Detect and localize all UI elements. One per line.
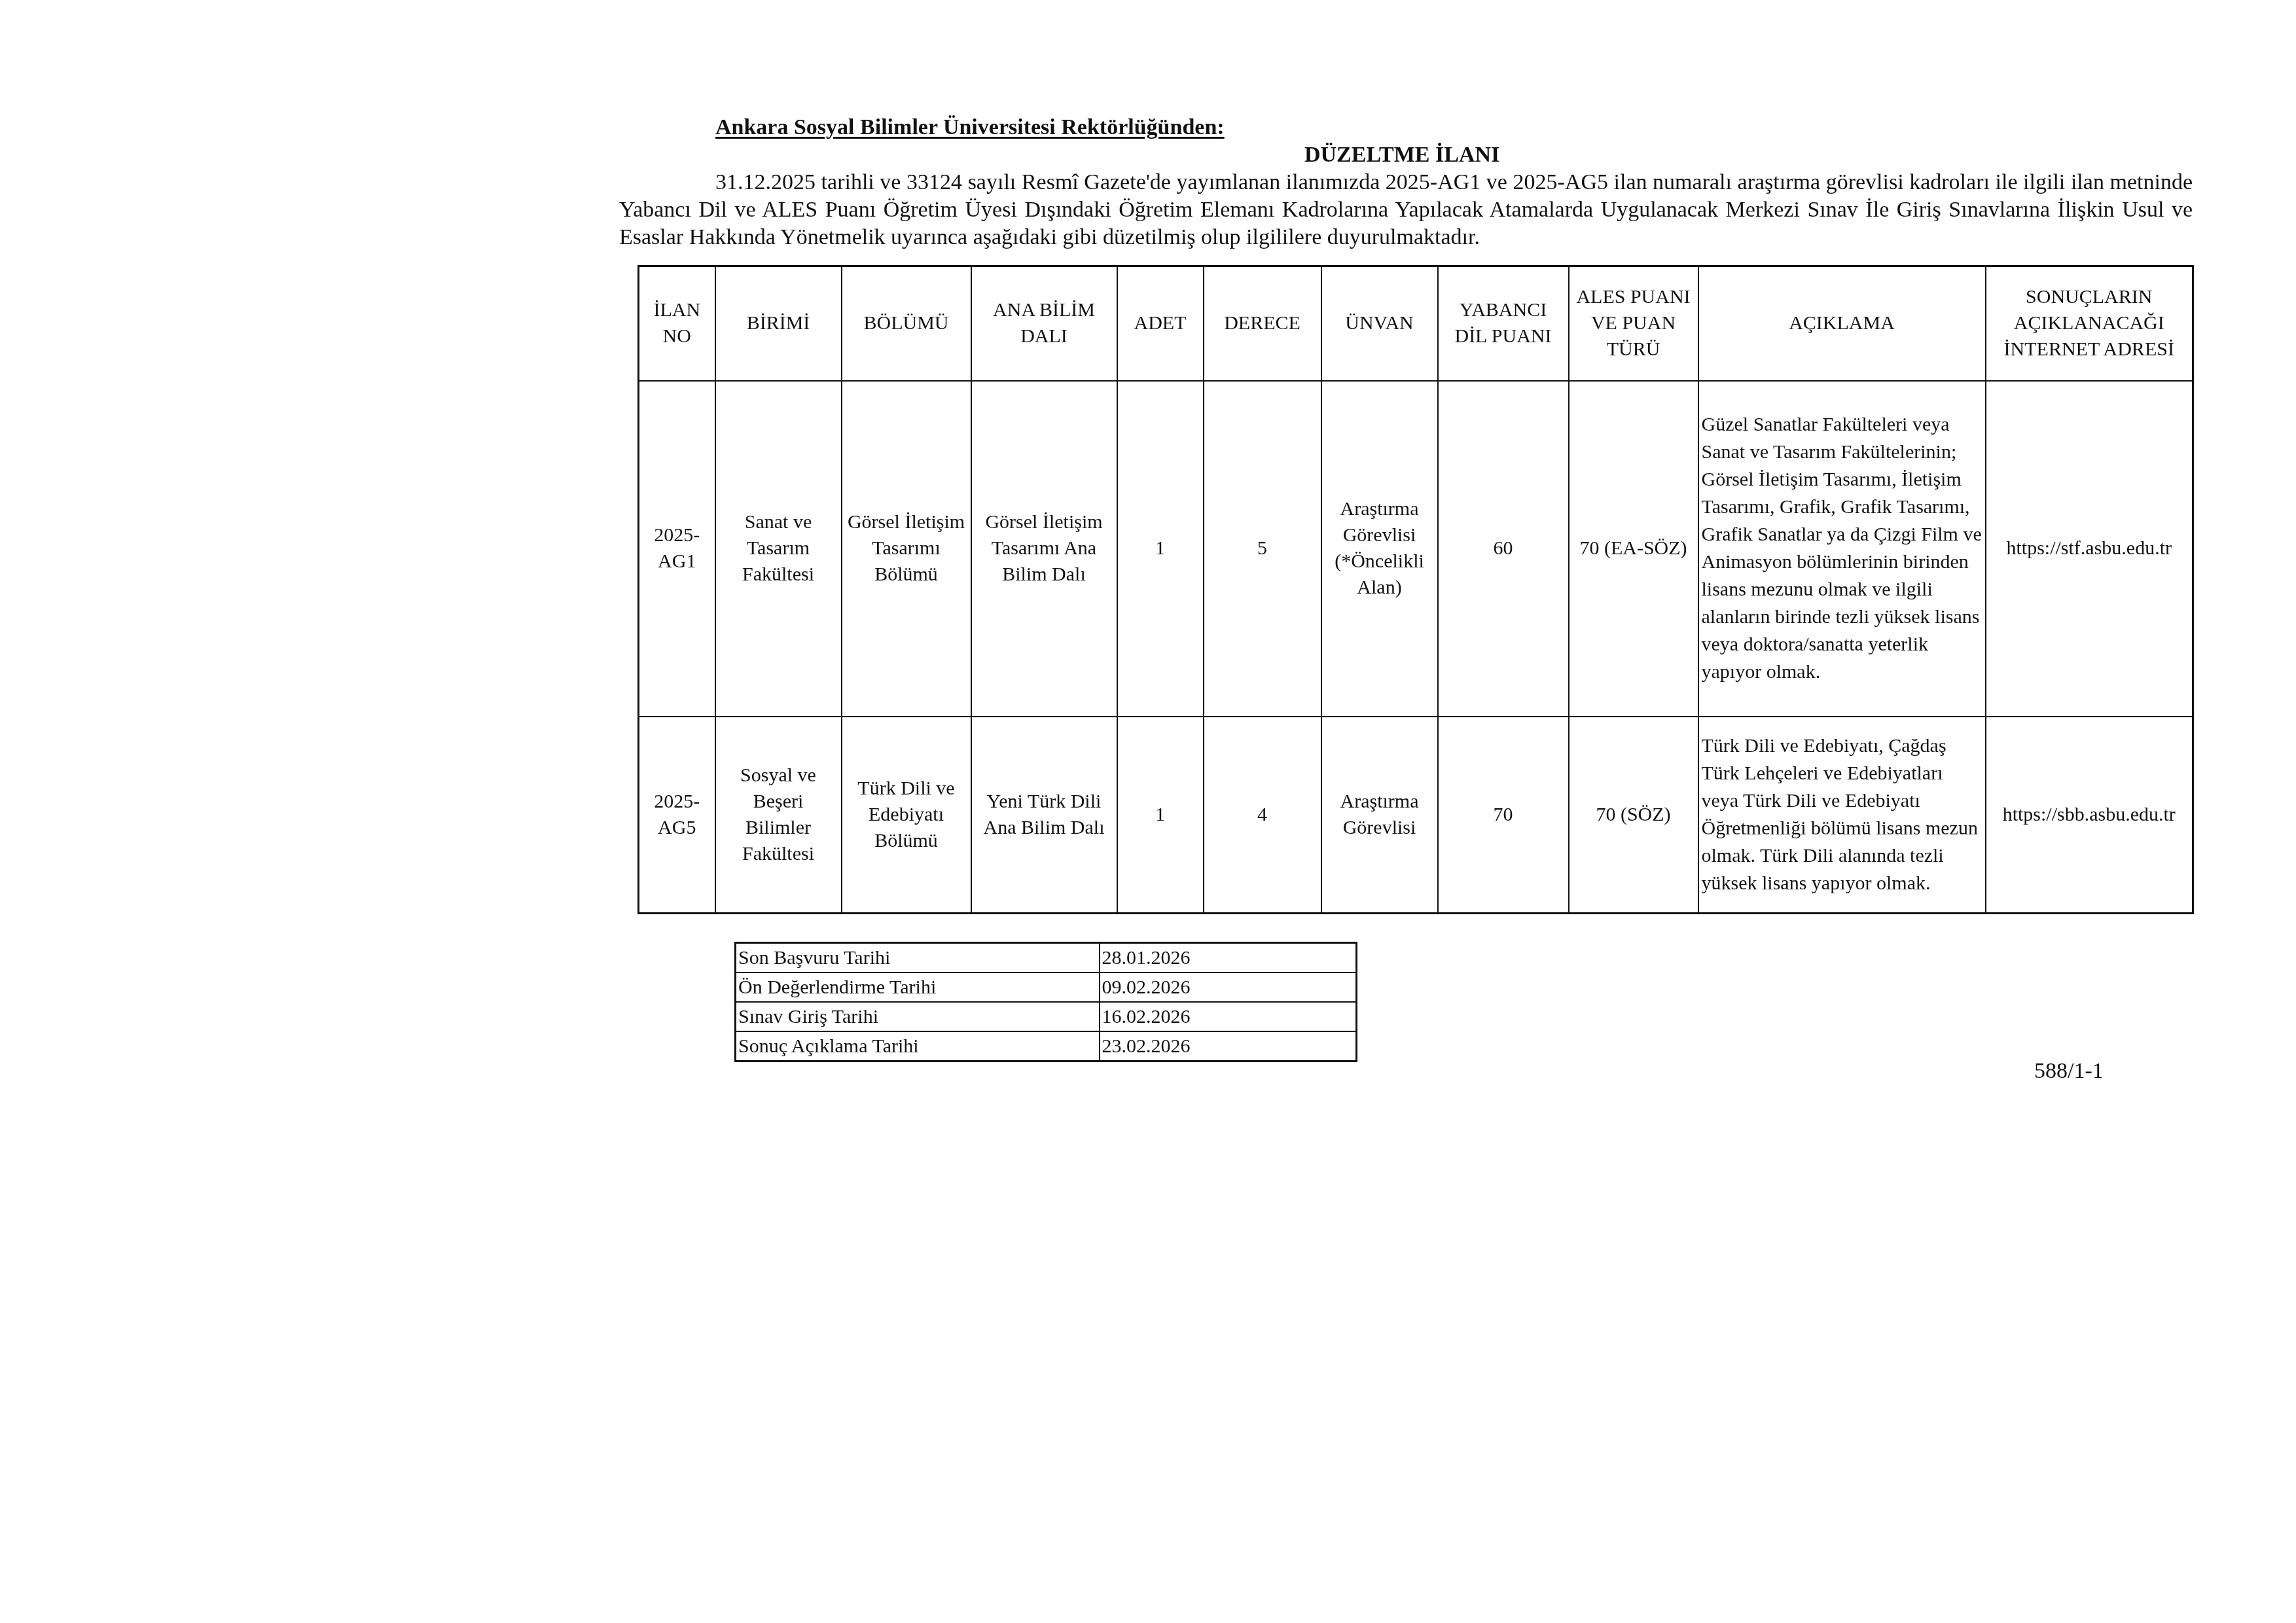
cell-aciklama: Türk Dili ve Edebiyatı, Çağdaş Türk Lehç…: [1698, 717, 1986, 914]
cell-yabanci-dil-puani: 70: [1438, 717, 1569, 914]
header-yabanci-dil-puani: YABANCI DİL PUANI: [1438, 266, 1569, 381]
date-label: Ön Değerlendirme Tarihi: [736, 972, 1100, 1002]
cell-ales-puani: 70 (EA-SÖZ): [1569, 381, 1698, 717]
date-value: 16.02.2026: [1100, 1002, 1357, 1031]
header-ilan-no: İLAN NO: [639, 266, 715, 381]
cell-derece: 4: [1204, 717, 1321, 914]
header-birimi: BİRİMİ: [715, 266, 842, 381]
header-ana-bilim-dali: ANA BİLİM DALI: [971, 266, 1117, 381]
header-aciklama: AÇIKLAMA: [1698, 266, 1986, 381]
intro-paragraph: 31.12.2025 tarihli ve 33124 sayılı Resmî…: [619, 169, 2193, 251]
cell-birimi: Sosyal ve Beşeri Bilimler Fakültesi: [715, 717, 842, 914]
cell-internet-adresi: https://stf.asbu.edu.tr: [1986, 381, 2193, 717]
cell-bolumu: Türk Dili ve Edebiyatı Bölümü: [842, 717, 971, 914]
date-label: Sonuç Açıklama Tarihi: [736, 1031, 1100, 1061]
cell-ana-bilim-dali: Yeni Türk Dili Ana Bilim Dalı: [971, 717, 1117, 914]
cell-birimi: Sanat ve Tasarım Fakültesi: [715, 381, 842, 717]
cell-ilan-no: 2025-AG1: [639, 381, 715, 717]
header-adet: ADET: [1117, 266, 1204, 381]
cell-adet: 1: [1117, 381, 1204, 717]
date-row: Sınav Giriş Tarihi 16.02.2026: [736, 1002, 1357, 1031]
table-row: 2025-AG1 Sanat ve Tasarım Fakültesi Görs…: [639, 381, 2193, 717]
table-row: 2025-AG5 Sosyal ve Beşeri Bilimler Fakül…: [639, 717, 2193, 914]
header-internet-adresi: SONUÇLARIN AÇIKLANACAĞI İNTERNET ADRESİ: [1986, 266, 2193, 381]
date-value: 09.02.2026: [1100, 972, 1357, 1002]
date-label: Sınav Giriş Tarihi: [736, 1002, 1100, 1031]
date-label: Son Başvuru Tarihi: [736, 943, 1100, 973]
date-row: Son Başvuru Tarihi 28.01.2026: [736, 943, 1357, 973]
header-ales-puani: ALES PUANI VE PUAN TÜRÜ: [1569, 266, 1698, 381]
cell-adet: 1: [1117, 717, 1204, 914]
notice-title: DÜZELTME İLANI: [1304, 143, 1499, 168]
positions-table: İLAN NO BİRİMİ BÖLÜMÜ ANA BİLİM DALI ADE…: [637, 265, 2194, 914]
cell-derece: 5: [1204, 381, 1321, 717]
dates-table: Son Başvuru Tarihi 28.01.2026 Ön Değerle…: [734, 942, 1357, 1062]
cell-unvan: Araştırma Görevlisi (*Öncelikli Alan): [1321, 381, 1438, 717]
document-heading: Ankara Sosyal Bilimler Üniversitesi Rekt…: [715, 115, 1225, 140]
cell-ana-bilim-dali: Görsel İletişim Tasarımı Ana Bilim Dalı: [971, 381, 1117, 717]
cell-ales-puani: 70 (SÖZ): [1569, 717, 1698, 914]
cell-bolumu: Görsel İletişim Tasarımı Bölümü: [842, 381, 971, 717]
date-value: 23.02.2026: [1100, 1031, 1357, 1061]
table-header-row: İLAN NO BİRİMİ BÖLÜMÜ ANA BİLİM DALI ADE…: [639, 266, 2193, 381]
cell-internet-adresi: https://sbb.asbu.edu.tr: [1986, 717, 2193, 914]
cell-ilan-no: 2025-AG5: [639, 717, 715, 914]
date-value: 28.01.2026: [1100, 943, 1357, 973]
header-unvan: ÜNVAN: [1321, 266, 1438, 381]
date-row: Sonuç Açıklama Tarihi 23.02.2026: [736, 1031, 1357, 1061]
date-row: Ön Değerlendirme Tarihi 09.02.2026: [736, 972, 1357, 1002]
cell-unvan: Araştırma Görevlisi: [1321, 717, 1438, 914]
cell-aciklama: Güzel Sanatlar Fakülteleri veya Sanat ve…: [1698, 381, 1986, 717]
header-derece: DERECE: [1204, 266, 1321, 381]
page-number: 588/1-1: [2034, 1059, 2104, 1084]
cell-yabanci-dil-puani: 60: [1438, 381, 1569, 717]
header-bolumu: BÖLÜMÜ: [842, 266, 971, 381]
